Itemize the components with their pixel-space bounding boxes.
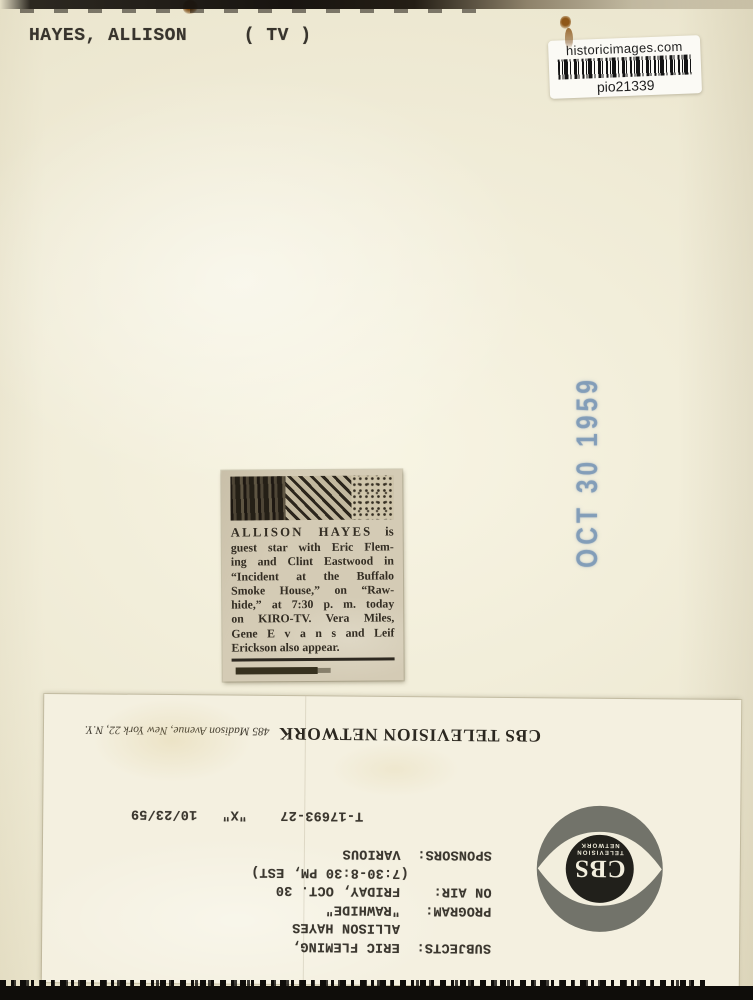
cbs-logo-television-text: TELEVISION	[576, 849, 624, 855]
stain-mark	[560, 16, 571, 29]
photo-back-scan: HAYES, ALLISON ( TV ) historicimages.com…	[0, 0, 753, 1000]
letterhead-name: CBS TELEVISION NETWORK	[278, 724, 541, 746]
letterhead-address: 485 Madison Avenue, New York 22, N.Y.	[85, 723, 270, 737]
cbs-eye-graphic: CBS TELEVISION NETWORK	[534, 803, 665, 934]
date-stamp: OCT 30 1959	[571, 376, 606, 568]
clipping-divider-rule	[232, 658, 395, 662]
clipping-body-line: Erickson also appear.	[231, 640, 394, 655]
clipping-body-line: hide,” at 7:30 p. m. today	[231, 597, 394, 612]
scan-top-edge	[0, 0, 753, 9]
clipping-headline-rest: is	[385, 524, 394, 538]
clipping-body-line: Smoke House,” on “Raw-	[231, 582, 394, 597]
barcode-code-text: pio21339	[597, 76, 655, 94]
clipping-body-line: on KIRO-TV. Vera Miles,	[231, 611, 394, 626]
clipping-headline-name: ALLISON HAYES	[231, 525, 373, 540]
clipping-headline: ALLISON HAYES is	[231, 524, 394, 540]
clipping-body-line: guest star with Eric Flem-	[231, 539, 394, 554]
halftone-dots	[351, 475, 394, 519]
cbs-logo-network-text: NETWORK	[580, 842, 619, 848]
halftone-stripes	[276, 475, 360, 520]
cbs-eye-logo: CBS TELEVISION NETWORK	[534, 803, 665, 934]
news-clipping: ALLISON HAYES is guest star with Eric Fl…	[221, 469, 403, 682]
scan-bottom-edge	[0, 986, 753, 1000]
clipping-body-line: “Incident at the Buffalo	[231, 568, 394, 583]
archive-caption: HAYES, ALLISON ( TV )	[29, 26, 312, 46]
clipping-halftone-photo	[230, 475, 393, 520]
slip-letterhead: CBS TELEVISION NETWORK485 Madison Avenue…	[85, 721, 541, 746]
slip-job-number-line: T-17693-27 "X" 10/23/59	[131, 806, 364, 823]
scan-top-edge-fray	[20, 9, 490, 13]
barcode-icon	[558, 54, 693, 79]
halftone-dark-area	[230, 476, 286, 520]
cbs-network-slip: CBS TELEVISION NETWORK SUBJECTS: ERIC FL…	[42, 694, 741, 988]
slip-typed-fields: SUBJECTS: ERIC FLEMING, ALLISON HAYES PR…	[250, 843, 492, 956]
barcode-sticker: historicimages.com pio21339	[548, 35, 702, 99]
clipping-stub-bar	[236, 667, 318, 675]
clipping-body-line: ing and Clint Eastwood in	[231, 554, 394, 569]
cbs-logo-text: CBS	[574, 855, 626, 882]
clipping-body-line: Gene E v a n s and Leif	[231, 625, 394, 640]
